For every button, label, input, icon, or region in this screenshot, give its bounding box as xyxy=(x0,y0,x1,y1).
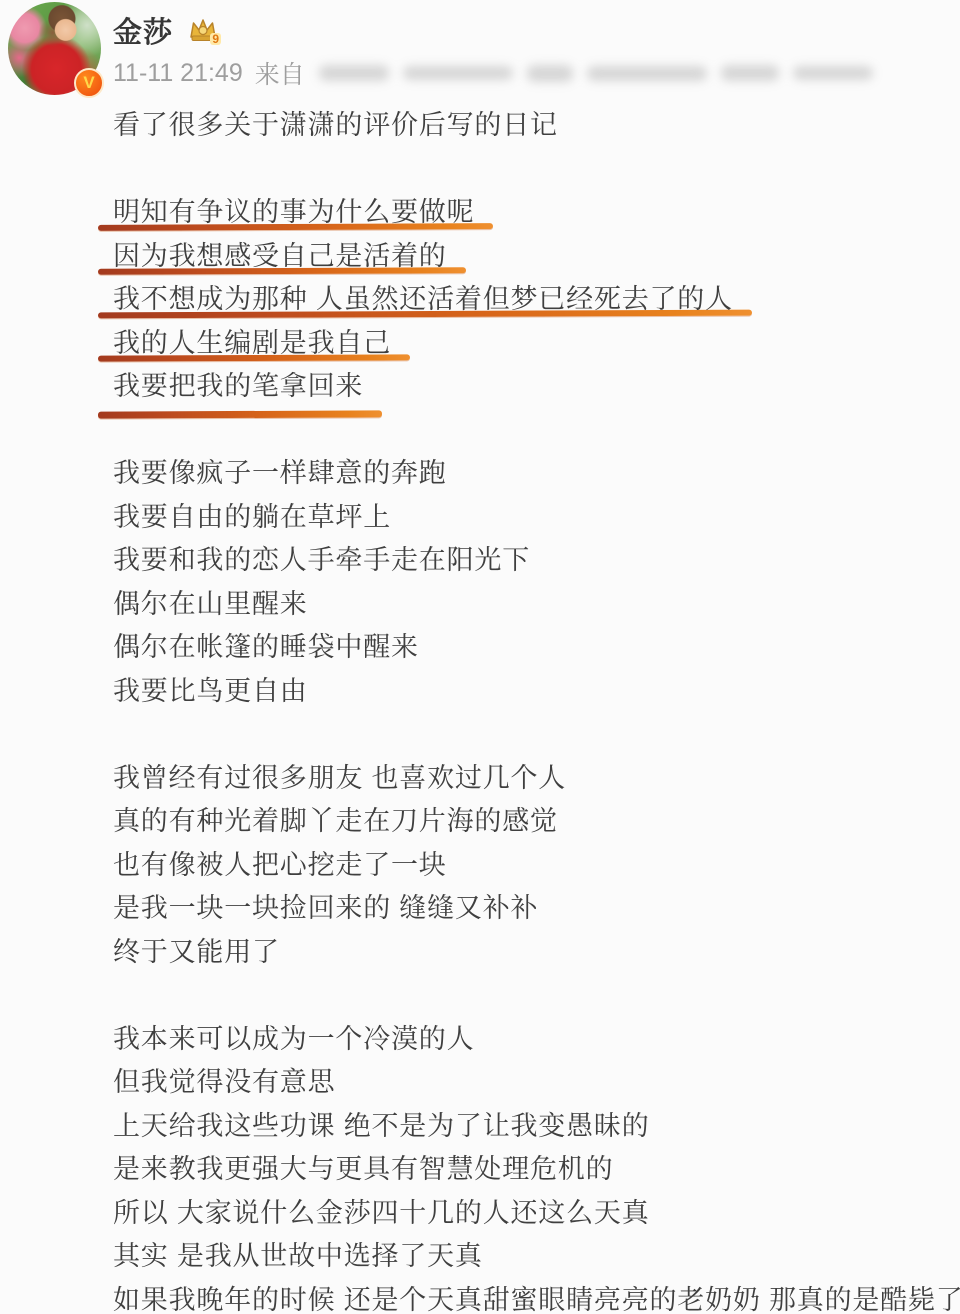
author-avatar[interactable]: V xyxy=(8,2,101,95)
line-text: 我本来可以成为一个冷漠的人 xyxy=(113,1024,474,1054)
line-text: 如果我晚年的时候 还是个天真甜蜜眼睛亮亮的老奶奶 那真的是酷毙了 xyxy=(113,1285,960,1314)
post-text-line: 因为我想感受自己是活着的 xyxy=(113,235,943,279)
line-text: 我曾经有过很多朋友 也喜欢过几个人 xyxy=(113,763,566,793)
line-text: 是来教我更强大与更具有智慧处理危机的 xyxy=(113,1154,613,1184)
author-name[interactable]: 金莎 xyxy=(113,10,173,51)
post-text-line: 上天给我这些功课 绝不是为了让我变愚昧的 xyxy=(113,1105,943,1149)
line-text: 真的有种光着脚丫走在刀片海的感觉 xyxy=(113,806,558,836)
line-text: 终于又能用了 xyxy=(113,937,280,967)
post-text-line: 我要和我的恋人手牵手走在阳光下 xyxy=(113,539,943,583)
blank-line xyxy=(113,974,943,1018)
post-text-line: 偶尔在帐篷的睡袋中醒来 xyxy=(113,626,943,670)
line-text: 我要把我的笔拿回来 xyxy=(113,371,363,401)
blank-line xyxy=(113,148,943,192)
post-text-body: 看了很多关于潇潇的评价后写的日记明知有争议的事为什么要做呢因为我想感受自己是活着… xyxy=(113,104,943,1314)
line-text: 我要和我的恋人手牵手走在阳光下 xyxy=(113,545,530,575)
line-text: 所以 大家说什么金莎四十几的人还这么天真 xyxy=(113,1198,650,1228)
post-text-line: 终于又能用了 xyxy=(113,931,943,975)
post-text-line: 我本来可以成为一个冷漠的人 xyxy=(113,1018,943,1062)
post-text-line: 我要把我的笔拿回来 xyxy=(113,365,943,409)
post-text-line: 我要像疯子一样肆意的奔跑 xyxy=(113,452,943,496)
vip-crown-icon[interactable]: 9 xyxy=(187,15,219,45)
line-text: 偶尔在山里醒来 xyxy=(113,589,308,619)
post-meta: 11-11 21:49 来自 xyxy=(113,58,887,88)
post-text-line: 我要自由的躺在草坪上 xyxy=(113,496,943,540)
line-text: 我要比鸟更自由 xyxy=(113,676,308,706)
line-text: 我不想成为那种 人虽然还活着但梦已经死去了的人 xyxy=(113,284,733,314)
source-label: 来自 xyxy=(255,55,305,91)
post-text-line: 偶尔在山里醒来 xyxy=(113,583,943,627)
post-text-line: 所以 大家说什么金莎四十几的人还这么天真 xyxy=(113,1192,943,1236)
post-text-line: 如果我晚年的时候 还是个天真甜蜜眼睛亮亮的老奶奶 那真的是酷毙了 xyxy=(113,1279,943,1314)
post-header: V 金莎 9 11-11 21:49 来自 xyxy=(0,0,960,100)
line-text: 其实 是我从世故中选择了天真 xyxy=(113,1241,483,1271)
line-text: 偶尔在帐篷的睡袋中醒来 xyxy=(113,632,419,662)
vip-level-badge: 9 xyxy=(210,33,221,45)
verified-v-icon: V xyxy=(74,68,104,98)
post-text-line: 也有像被人把心挖走了一块 xyxy=(113,844,943,888)
line-text: 明知有争议的事为什么要做呢 xyxy=(113,197,474,227)
post-text-line: 是来教我更强大与更具有智慧处理危机的 xyxy=(113,1148,943,1192)
post-text-line: 看了很多关于潇潇的评价后写的日记 xyxy=(113,104,943,148)
line-text: 我要自由的躺在草坪上 xyxy=(113,502,391,532)
post-text-line: 但我觉得没有意思 xyxy=(113,1061,943,1105)
post-text-line: 真的有种光着脚丫走在刀片海的感觉 xyxy=(113,800,943,844)
line-text: 也有像被人把心挖走了一块 xyxy=(113,850,447,880)
post-text-line: 我曾经有过很多朋友 也喜欢过几个人 xyxy=(113,757,943,801)
line-text: 是我一块一块捡回来的 缝缝又补补 xyxy=(113,893,538,923)
post-text-line: 我要比鸟更自由 xyxy=(113,670,943,714)
post-text-line: 我不想成为那种 人虽然还活着但梦已经死去了的人 xyxy=(113,278,943,322)
line-text: 我要像疯子一样肆意的奔跑 xyxy=(113,458,447,488)
post-text-line: 我的人生编剧是我自己 xyxy=(113,322,943,366)
line-text: 我的人生编剧是我自己 xyxy=(113,328,391,358)
line-text: 看了很多关于潇潇的评价后写的日记 xyxy=(113,110,558,140)
post-text-line: 其实 是我从世故中选择了天真 xyxy=(113,1235,943,1279)
post-text-line: 明知有争议的事为什么要做呢 xyxy=(113,191,943,235)
post-text-line: 是我一块一块捡回来的 缝缝又补补 xyxy=(113,887,943,931)
blank-line xyxy=(113,409,943,453)
post-timestamp: 11-11 21:49 xyxy=(113,59,243,88)
blank-line xyxy=(113,713,943,757)
line-text: 因为我想感受自己是活着的 xyxy=(113,241,447,271)
redacted-source-blur xyxy=(319,61,887,85)
line-text: 上天给我这些功课 绝不是为了让我变愚昧的 xyxy=(113,1111,650,1141)
line-text: 但我觉得没有意思 xyxy=(113,1067,335,1097)
